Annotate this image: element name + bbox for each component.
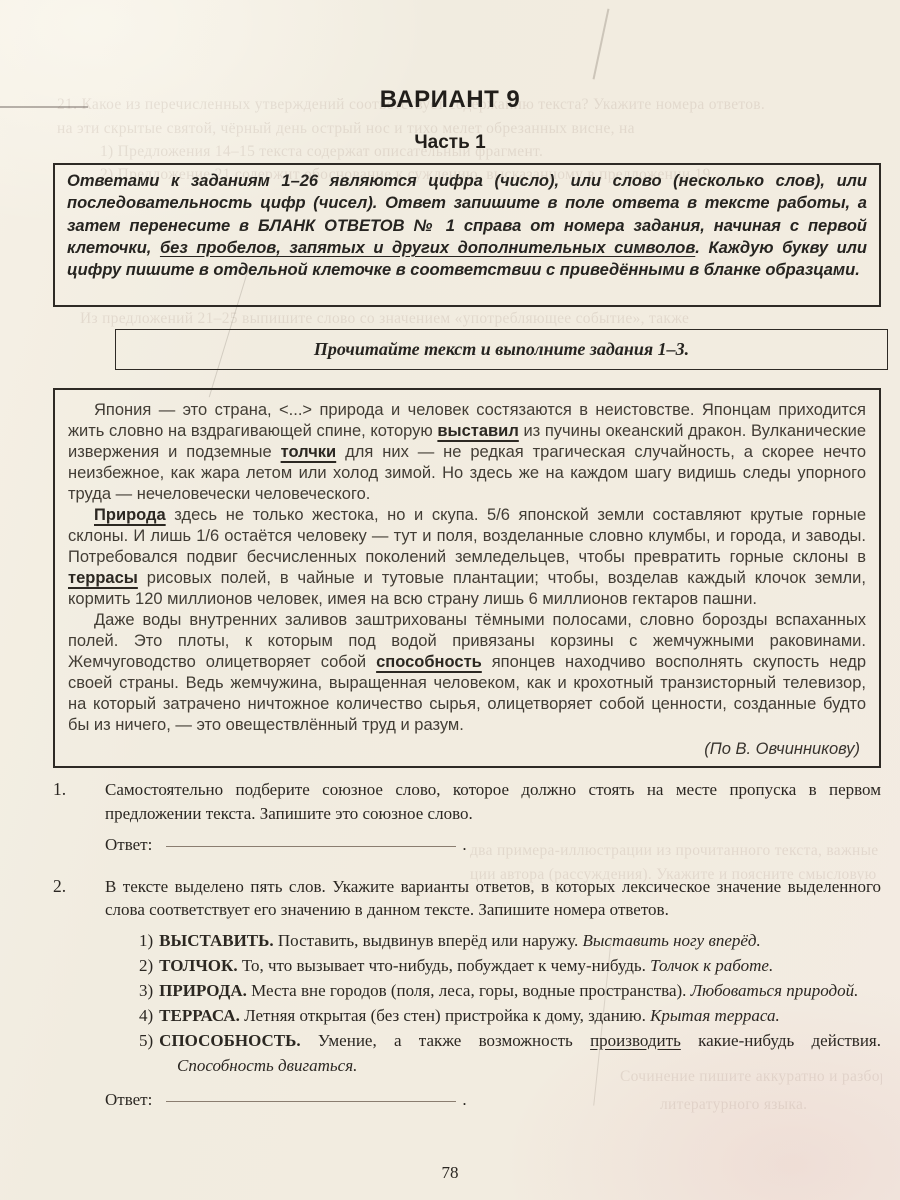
option-3-number: 3) bbox=[139, 981, 153, 1000]
option-4-number: 4) bbox=[139, 1006, 153, 1025]
option-1-text: ВЫСТАВИТЬ. Поставить, выдвинув вперёд ил… bbox=[159, 931, 761, 950]
option-4-text: ТЕРРАСА. Летняя открытая (без стен) прис… bbox=[159, 1006, 780, 1025]
reading-paragraph-1: Япония — это страна, <...> природа и чел… bbox=[68, 400, 866, 505]
part-title: Часть 1 bbox=[0, 132, 900, 154]
reading-paragraph-3: Даже воды внутренних заливов заштрихован… bbox=[68, 610, 866, 736]
reading-paragraph-2: Природа здесь не только жестока, но и ск… bbox=[68, 505, 866, 610]
task-1-text: Самостоятельно подберите союзное слово, … bbox=[105, 778, 881, 825]
task-2: 2. В тексте выделено пять слов. Укажите … bbox=[53, 875, 881, 1112]
instruction-box: Ответами к заданиям 1–26 являются цифра … bbox=[53, 163, 881, 307]
task-1-number: 1. bbox=[53, 778, 105, 857]
task-2-text: В тексте выделено пять слов. Укажите вар… bbox=[105, 875, 881, 922]
task-1: 1. Самостоятельно подберите союзное слов… bbox=[53, 778, 881, 857]
instruction-text: Ответами к заданиям 1–26 являются цифра … bbox=[67, 170, 867, 281]
answer-label: Ответ: bbox=[105, 835, 152, 854]
tasks-section: 1. Самостоятельно подберите союзное слов… bbox=[53, 778, 881, 1111]
answer-blank-line bbox=[166, 1100, 456, 1102]
option-3: 3)ПРИРОДА. Места вне городов (поля, леса… bbox=[139, 978, 881, 1003]
reading-text-box: Япония — это страна, <...> природа и чел… bbox=[53, 388, 881, 768]
option-1-number: 1) bbox=[139, 931, 153, 950]
option-2-text: ТОЛЧОК. То, что вызывает что-нибудь, поб… bbox=[159, 956, 773, 975]
answer-blank-line bbox=[166, 845, 456, 847]
task-2-number: 2. bbox=[53, 875, 105, 1112]
answer-period: . bbox=[462, 1090, 466, 1109]
task-1-answer-row: Ответ:. bbox=[105, 833, 881, 857]
option-2-number: 2) bbox=[139, 956, 153, 975]
option-5-text: СПОСОБНОСТЬ. Умение, а также возможность… bbox=[159, 1031, 881, 1075]
variant-title: ВАРИАНТ 9 bbox=[0, 86, 900, 114]
option-4: 4)ТЕРРАСА. Летняя открытая (без стен) пр… bbox=[139, 1003, 881, 1028]
scan-scratch bbox=[593, 9, 609, 80]
option-1: 1)ВЫСТАВИТЬ. Поставить, выдвинув вперёд … bbox=[139, 928, 881, 953]
page-number: 78 bbox=[0, 1163, 900, 1183]
reading-prompt-label: Прочитайте текст и выполните задания 1–3… bbox=[314, 339, 689, 359]
ghost-text: Из предложений 21–25 выпишите слово со з… bbox=[80, 310, 870, 328]
option-5-number: 5) bbox=[139, 1031, 153, 1050]
answer-label: Ответ: bbox=[105, 1090, 152, 1109]
reading-prompt-box: Прочитайте текст и выполните задания 1–3… bbox=[115, 329, 888, 370]
task-2-answer-row: Ответ:. bbox=[105, 1088, 881, 1112]
answer-period: . bbox=[462, 835, 466, 854]
option-5: 5)СПОСОБНОСТЬ. Умение, а также возможнос… bbox=[139, 1028, 881, 1078]
task-2-options: 1)ВЫСТАВИТЬ. Поставить, выдвинув вперёд … bbox=[139, 928, 881, 1078]
scanned-exam-page: 21. Какое из перечисленных утверждений с… bbox=[0, 0, 900, 1200]
option-2: 2)ТОЛЧОК. То, что вызывает что-нибудь, п… bbox=[139, 953, 881, 978]
option-3-text: ПРИРОДА. Места вне городов (поля, леса, … bbox=[159, 981, 858, 1000]
text-attribution: (По В. Овчинникову) bbox=[68, 739, 860, 760]
